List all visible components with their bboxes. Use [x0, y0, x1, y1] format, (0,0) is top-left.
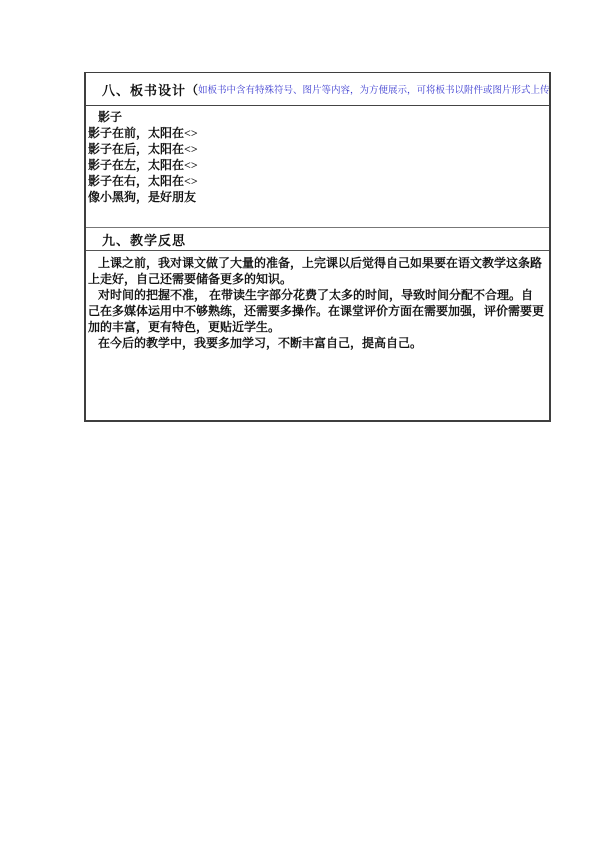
document-page: 八、板书设计（如板书中含有特殊符号、图片等内容，为方便展示，可将板书以附件或图片… — [0, 0, 595, 842]
section8-note: 如板书中含有特殊符号、图片等内容，为方便展示，可将板书以附件或图片形式上传。） — [198, 82, 549, 96]
board-line: 影子在右，太阳在<> — [88, 173, 545, 189]
section9-header-row: 九、教学反思 — [86, 228, 549, 251]
reflection-paragraph: 在今后的教学中，我要多加学习，不断丰富自己，提高自己。 — [88, 335, 544, 351]
reflection-paragraph: 上课之前，我对课文做了大量的准备，上完课以后觉得自己如果要在语文教学这条路上走好… — [88, 255, 544, 287]
reflection-cell: 上课之前，我对课文做了大量的准备，上完课以后觉得自己如果要在语文教学这条路上走好… — [86, 251, 549, 420]
section8-paren-open: （ — [186, 81, 198, 98]
section9-title: 九、教学反思 — [102, 230, 186, 249]
lesson-plan-table: 八、板书设计（如板书中含有特殊符号、图片等内容，为方便展示，可将板书以附件或图片… — [84, 72, 551, 422]
section8-title: 八、板书设计 — [102, 80, 186, 99]
board-line: 像小黑狗，是好朋友 — [88, 189, 545, 205]
section8-header-row: 八、板书设计（如板书中含有特殊符号、图片等内容，为方便展示，可将板书以附件或图片… — [86, 73, 549, 106]
board-line: 影子在后，太阳在<> — [88, 141, 545, 157]
board-line: 影子在左，太阳在<> — [88, 157, 545, 173]
board-design-cell: 影子 影子在前，太阳在<> 影子在后，太阳在<> 影子在左，太阳在<> 影子在右… — [86, 106, 549, 228]
reflection-paragraph: 对时间的把握不准， 在带读生字部分花费了太多的时间，导致时间分配不合理。自己在多… — [88, 287, 544, 335]
board-line: 影子在前，太阳在<> — [88, 125, 545, 141]
board-line-title: 影子 — [88, 109, 545, 125]
